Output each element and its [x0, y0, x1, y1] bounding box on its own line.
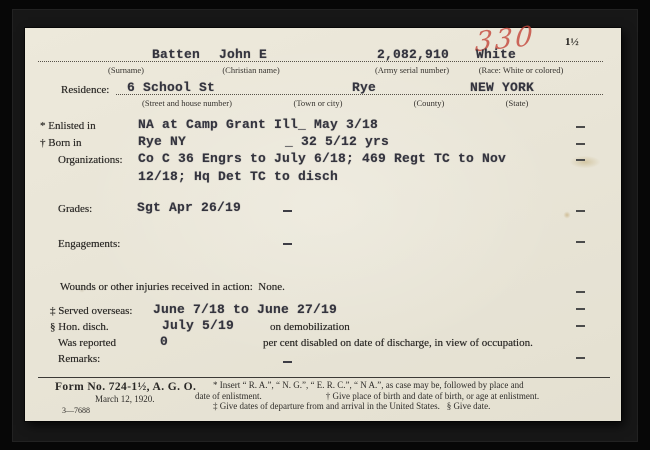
footer-notes: * Insert “ R. A.”, “ N. G.”, “ E. R. C.”… [195, 380, 623, 412]
state-label: (State) [506, 98, 529, 108]
remarks-blank-dash [283, 361, 292, 363]
blank-dash [576, 357, 585, 359]
hon-discharge-label: § Hon. disch. [50, 321, 109, 333]
enlisted-label: * Enlisted in [40, 120, 96, 132]
organizations-label: Organizations: [58, 154, 123, 166]
wounds-value: None. [258, 281, 285, 293]
form-number: Form No. 724-1½, A. G. O. [55, 381, 196, 393]
enlisted-value: NA at Camp Grant Ill_ May 3/18 [138, 117, 378, 132]
street-value: 6 School St [127, 80, 215, 95]
name-line-rule [38, 61, 603, 62]
race-label: (Race: White or colored) [479, 65, 564, 75]
surname-label: (Surname) [108, 65, 144, 75]
engagements-label: Engagements: [58, 238, 120, 250]
hon-discharge-suffix: on demobilization [270, 321, 350, 333]
served-overseas-label: ‡ Served overseas: [50, 305, 132, 317]
form-date: March 12, 1920. [95, 394, 155, 405]
footer-note-line3: ‡ Give dates of departure from and arriv… [195, 401, 623, 412]
footer-note-line3a: ‡ Give dates of departure from and arriv… [213, 401, 440, 411]
blank-dash [576, 159, 585, 161]
remarks-label: Remarks: [58, 353, 100, 365]
surname-value: Batten [152, 47, 200, 62]
footer-note-line3b: § Give date. [447, 401, 491, 411]
footer-note-line1: * Insert “ R. A.”, “ N. G.”, “ E. R. C.”… [195, 380, 623, 391]
service-record-card: 330 1½ Batten John E 2,082,910 White (Su… [25, 28, 621, 421]
blank-dash [576, 308, 585, 310]
residence-label: Residence: [61, 84, 109, 96]
blank-dash [576, 126, 585, 128]
grades-label: Grades: [58, 203, 92, 215]
footer-rule [38, 377, 610, 378]
serial-number-label: (Army serial number) [375, 65, 449, 75]
footer-note-line2: date of enlistment.† Give place of birth… [195, 391, 623, 402]
grades-value: Sgt Apr 26/19 [137, 200, 241, 215]
footer-note-line2a: date of enlistment. [195, 391, 262, 401]
organizations-line2: 12/18; Hq Det TC to disch [138, 169, 338, 184]
christian-name-label: (Christian name) [222, 65, 279, 75]
serial-number-value: 2,082,910 [377, 47, 449, 62]
corner-mark: 1½ [565, 36, 579, 48]
wounds-line: Wounds or other injuries received in act… [60, 281, 285, 293]
grades-blank-dash [283, 210, 292, 212]
served-overseas-value: June 7/18 to June 27/19 [153, 302, 337, 317]
state-value: NEW YORK [470, 80, 534, 95]
street-label: (Street and house number) [142, 98, 232, 108]
christian-name-value: John E [219, 47, 267, 62]
town-value: Rye [352, 80, 376, 95]
race-value: White [476, 47, 516, 62]
born-age-value: _ 32 5/12 yrs [285, 134, 389, 149]
footer-note-line2b: † Give place of birth and date of birth,… [326, 391, 539, 401]
scanned-document: { "card": { "handwritten_number": "330",… [0, 0, 650, 450]
born-value: Rye NY [138, 134, 186, 149]
blank-dash [576, 291, 585, 293]
engagements-blank-dash [283, 243, 292, 245]
print-code: 3—7688 [62, 406, 90, 417]
blank-dash [576, 143, 585, 145]
was-reported-suffix: per cent disabled on date of discharge, … [263, 337, 533, 349]
wounds-label: Wounds or other injuries received in act… [60, 281, 253, 293]
blank-dash [576, 210, 585, 212]
was-reported-value: 0 [160, 334, 168, 349]
town-label: (Town or city) [294, 98, 343, 108]
was-reported-label: Was reported [58, 337, 116, 349]
hon-discharge-value: July 5/19 [162, 318, 234, 333]
blank-dash [576, 325, 585, 327]
organizations-line1: Co C 36 Engrs to July 6/18; 469 Regt TC … [138, 151, 506, 166]
born-label: † Born in [40, 137, 82, 149]
county-label: (County) [414, 98, 445, 108]
blank-dash [576, 241, 585, 243]
